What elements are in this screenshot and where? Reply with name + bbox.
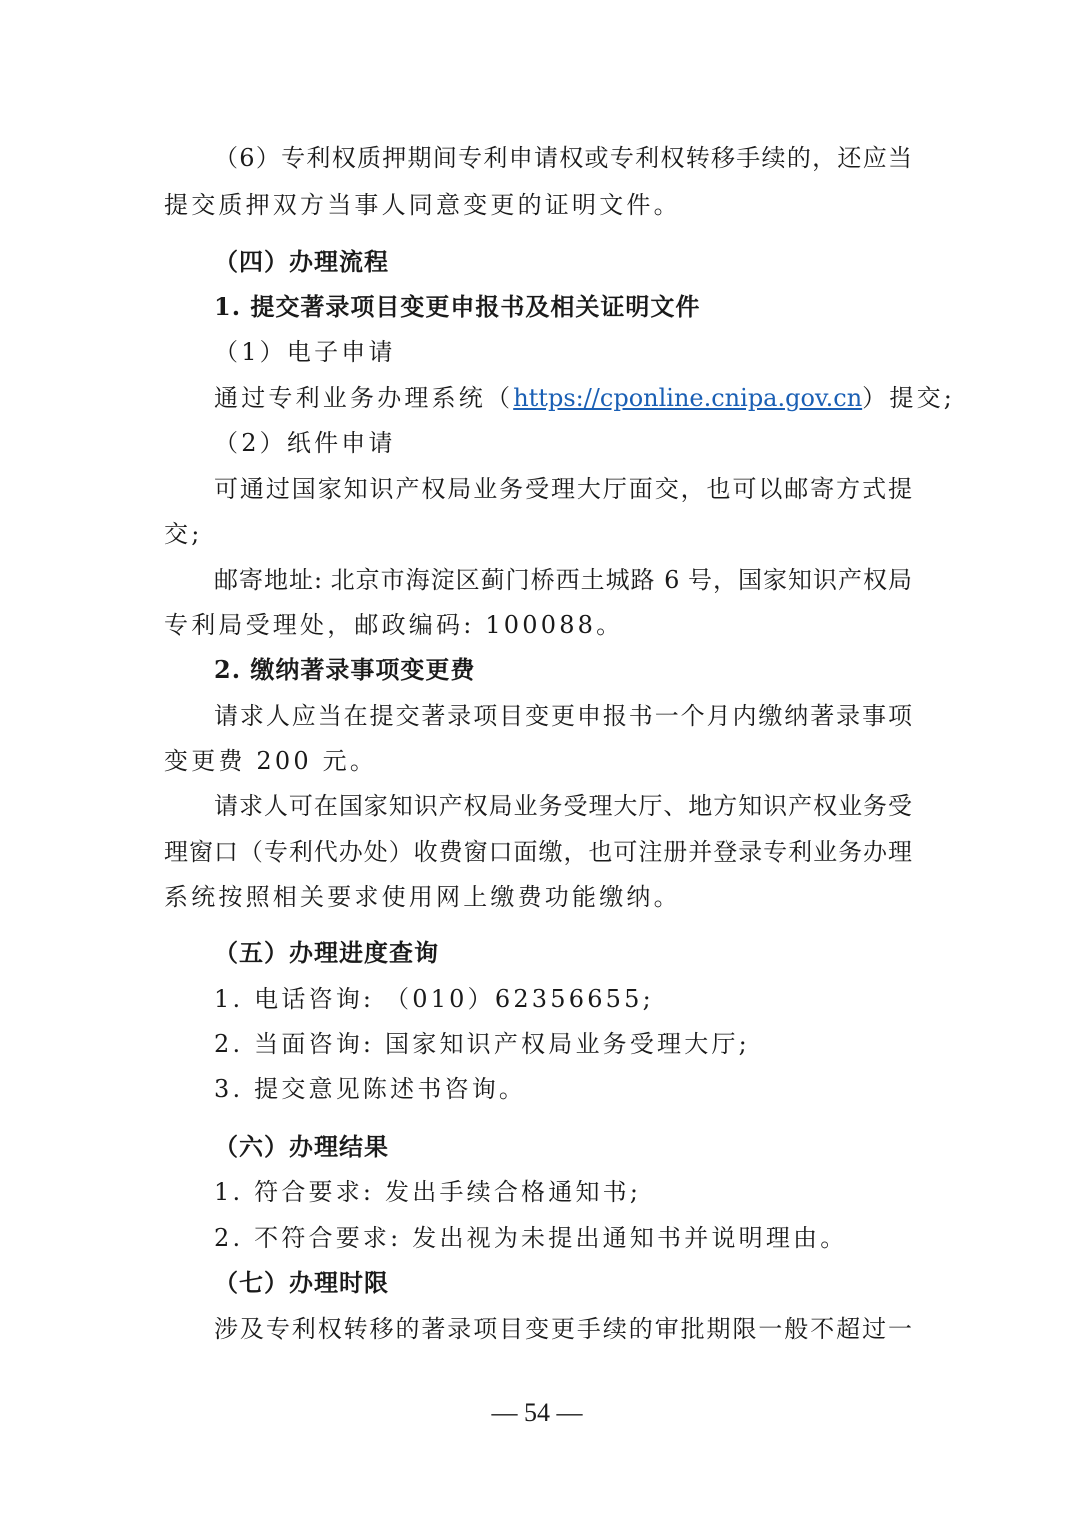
step1-heading: 1. 提交著录项目变更申报书及相关证明文件 [214,291,700,323]
electronic-application-label: （1）电子申请 [214,336,396,368]
para6-line1: （6）专利权质押期间专利申请权或专利权转移手续的，还应当 [214,142,912,174]
section5-item: 3. 提交意见陈述书咨询。 [214,1073,526,1105]
para6-line2: 提交质押双方当事人同意变更的证明文件。 [164,189,681,221]
section6-item: 1. 符合要求: 发出手续合格通知书; [214,1176,641,1208]
pay-line1: 请求人可在国家知识产权局业务受理大厅、地方知识产权业务受 [214,790,912,822]
section6-heading: （六）办理结果 [214,1131,389,1163]
page-number: — 54 — [0,1396,1074,1430]
section7-heading: （七）办理时限 [214,1267,389,1299]
address-line1: 邮寄地址: 北京市海淀区蓟门桥西土城路 6 号，国家知识产权局 [214,564,912,596]
step2-heading: 2. 缴纳著录事项变更费 [214,654,475,686]
fee-line1: 请求人应当在提交著录项目变更申报书一个月内缴纳著录事项 [214,700,912,732]
paper-line2: 交; [164,518,203,550]
section4-heading: （四）办理流程 [214,246,389,278]
fee-line2: 变更费 200 元。 [164,745,377,777]
cponline-link[interactable]: https://cponline.cnipa.gov.cn [513,384,862,412]
electronic-text-after: ）提交; [862,384,955,412]
section5-item: 2. 当面咨询: 国家知识产权局业务受理大厅; [214,1028,750,1060]
electronic-text-before: 通过专利业务办理系统（ [214,384,513,412]
pay-line2: 理窗口（专利代办处）收费窗口面缴，也可注册并登录专利业务办理 [164,836,912,868]
address-line2: 专利局受理处，邮政编码: 100088。 [164,609,623,641]
section5-heading: （五）办理进度查询 [214,937,439,969]
paper-line1: 可通过国家知识产权局业务受理大厅面交，也可以邮寄方式提 [214,473,912,505]
section5-item: 1. 电话咨询: （010）62356655; [214,983,654,1015]
pay-line3: 系统按照相关要求使用网上缴费功能缴纳。 [164,881,681,913]
section6-item: 2. 不符合要求: 发出视为未提出通知书并说明理由。 [214,1222,847,1254]
electronic-application-text: 通过专利业务办理系统（https://cponline.cnipa.gov.cn… [214,382,955,414]
paper-application-label: （2）纸件申请 [214,427,396,459]
section7-line1: 涉及专利权转移的著录项目变更手续的审批期限一般不超过一 [214,1313,912,1345]
